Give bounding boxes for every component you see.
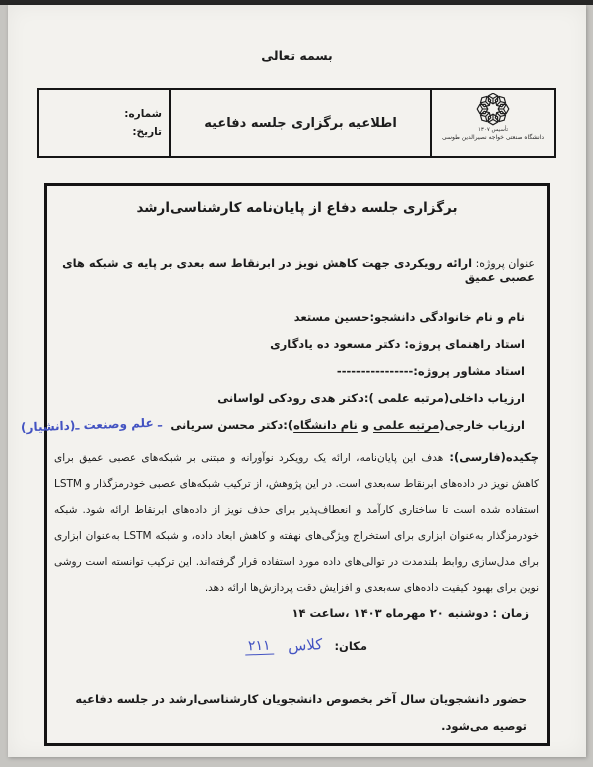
recommendation-note: حضور دانشجویان سال آخر بخصوص دانشجویان ک…	[47, 686, 547, 740]
location-line: مکان: کلاس ۲۱۱	[47, 636, 547, 655]
student-name-line: نام و نام خانوادگی دانشجو:حسین مستعد	[47, 310, 547, 324]
internal-examiner-line: ارزیاب داخلی(مرتبه علمی ):دکتر هدی رودکی…	[47, 391, 547, 405]
project-title-value: ارائه رویکردی جهت کاهش نویز در ابرنقاط س…	[62, 256, 535, 284]
external-examiner-line: ارزیاب خارجی(مرتبه علمی و نام دانشگاه):د…	[47, 418, 547, 432]
project-title-line: عنوان پروژه: ارائه رویکردی جهت کاهش نویز…	[47, 256, 547, 284]
university-logo-cell: تأسیس ۱۳۰۷ دانشگاه صنعتی خواجه نصیرالدین…	[432, 90, 554, 156]
advisor-line: استاد مشاور پروژه:----------------	[47, 364, 547, 378]
university-name-text: دانشگاه صنعتی خواجه نصیرالدین طوسی	[442, 134, 544, 141]
time-line: زمان : دوشنبه ۲۰ مهرماه ۱۴۰۳ ،ساعت ۱۴	[47, 606, 547, 620]
abstract-label: چکیده(فارسی):	[443, 450, 539, 464]
defense-session-title: برگزاری جلسه دفاع از پایان‌نامه کارشناسی…	[47, 200, 547, 216]
abstract-paragraph: چکیده(فارسی): هدف این پایان‌نامه، ارائه …	[47, 444, 547, 601]
number-label: شماره:	[39, 108, 162, 120]
date-label: تاریخ:	[39, 126, 162, 138]
number-date-cell: شماره: تاریخ:	[39, 90, 169, 156]
external-examiner-label: ارزیاب خارجی(	[439, 418, 525, 432]
handwritten-university-note: ـ علم وصنعت ـ(دانشیار)	[21, 416, 162, 435]
notice-title: اطلاعیه برگزاری جلسه دفاعیه	[204, 116, 397, 131]
external-and-text: و	[358, 418, 373, 432]
handwritten-classroom-word: کلاس	[288, 635, 323, 655]
scanned-defense-announcement: { "colors": { "ink": "#1c1c1c", "handwri…	[0, 0, 593, 767]
project-title-label: عنوان پروژه:	[472, 257, 535, 270]
notice-title-cell: اطلاعیه برگزاری جلسه دفاعیه	[169, 90, 432, 156]
university-established-text: تأسیس ۱۳۰۷	[478, 127, 508, 133]
external-rank-underlined: مرتبه علمی	[373, 418, 439, 432]
document-paper: بسمه تعالی	[8, 5, 586, 757]
external-examiner-name: ):دکتر محسن سریانی	[170, 418, 293, 432]
supervisor-line: استاد راهنمای پروژه: دکتر مسعود ده یادگا…	[47, 337, 547, 351]
abstract-text: هدف این پایان‌نامه، ارائه یک رویکرد نوآو…	[54, 452, 539, 594]
location-label: مکان:	[334, 639, 367, 653]
announcement-body-box: برگزاری جلسه دفاع از پایان‌نامه کارشناسی…	[44, 183, 550, 746]
kntu-university-emblem-icon	[473, 93, 513, 127]
external-university-underlined: نام دانشگاه	[293, 418, 358, 432]
header-table: تأسیس ۱۳۰۷ دانشگاه صنعتی خواجه نصیرالدین…	[37, 88, 556, 158]
handwritten-room-number: ۲۱۱	[245, 638, 274, 656]
bismillah-text: بسمه تعالی	[8, 48, 586, 63]
